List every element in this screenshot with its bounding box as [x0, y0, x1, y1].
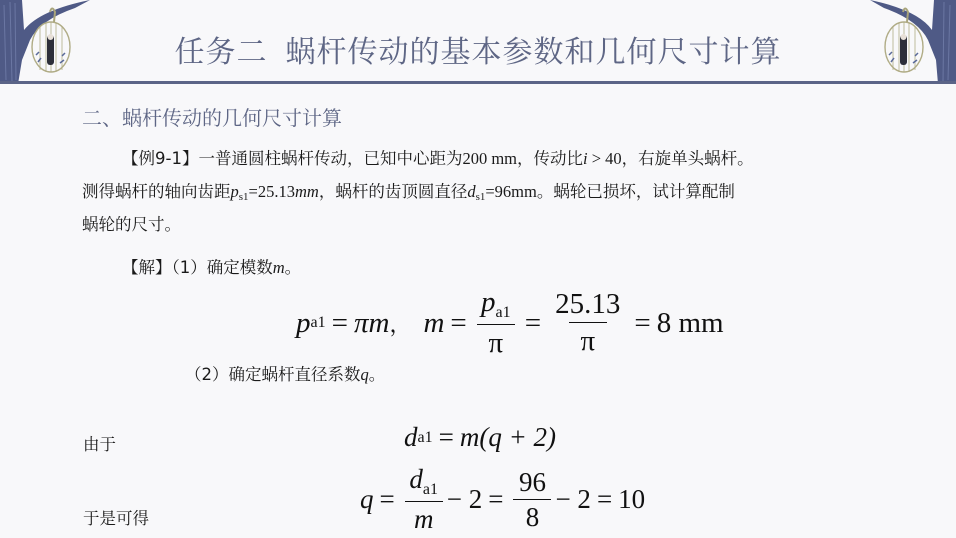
math-op: =	[634, 307, 650, 340]
denominator: π	[477, 324, 515, 358]
text: （2）确定蜗杆直径系数	[185, 365, 361, 384]
solution-tag: 【解】	[122, 258, 172, 277]
math-var: p	[481, 286, 496, 318]
math-op: =	[380, 484, 395, 515]
text: ，蜗杆的齿顶圆直径	[319, 182, 468, 201]
math-comma: ，	[389, 308, 411, 339]
text: （1）确定模数	[172, 258, 273, 277]
math-sub: a1	[495, 304, 510, 321]
math-term: − 2	[555, 484, 590, 515]
text: 一普通圆柱蜗杆传动，已知中心距为	[198, 149, 462, 168]
numerator: da1	[405, 466, 443, 501]
denominator: m	[405, 501, 443, 533]
math-sub: a1	[311, 314, 326, 332]
diameter-subscript: s1	[476, 191, 486, 203]
math-op: =	[488, 484, 503, 515]
numerator: 25.13	[551, 290, 624, 322]
center-distance-value: 200 mm	[462, 149, 517, 168]
fraction: 96 8	[513, 469, 551, 531]
math-op: =	[439, 422, 454, 453]
solution-step-1: 【解】（1）确定模数m。	[122, 254, 301, 278]
denominator: π	[569, 322, 607, 356]
math-var: m	[460, 422, 480, 453]
pitch-value: =25.13	[249, 182, 295, 201]
pitch-variable: p	[231, 182, 239, 201]
solution-step-2: （2）确定蜗杆直径系数q。	[185, 361, 385, 385]
math-term: (q + 2)	[479, 422, 556, 453]
math-op: =	[450, 307, 466, 340]
because-label: 由于	[83, 431, 116, 455]
diameter-factor-variable: q	[361, 365, 369, 384]
example-line-3: 蜗轮的尺寸。	[82, 208, 902, 241]
equation-tip-diameter: da1 = m(q + 2)	[404, 422, 556, 453]
math-term: − 2	[447, 484, 482, 515]
ratio-value: > 40	[588, 149, 622, 168]
text: 测得蜗杆的轴向齿距	[82, 182, 231, 201]
text: 。	[369, 365, 386, 384]
numerator: pa1	[477, 288, 515, 324]
slide: 任务二蜗杆传动的基本参数和几何尺寸计算 二、蜗杆传动的几何尺寸计算 【例9-1】…	[0, 0, 956, 538]
math-var: d	[409, 464, 423, 494]
fraction: pa1 π	[477, 288, 515, 358]
math-result: 10	[618, 484, 645, 515]
header-divider	[0, 81, 956, 84]
fraction: da1 m	[405, 466, 443, 533]
math-sub: a1	[418, 429, 433, 447]
math-var: m	[423, 307, 444, 340]
math-sub: a1	[423, 481, 438, 498]
fraction: 25.13 π	[551, 290, 624, 356]
title-topic: 蜗杆传动的基本参数和几何尺寸计算	[286, 35, 782, 70]
example-line-2: 测得蜗杆的轴向齿距ps1=25.13mm，蜗杆的齿顶圆直径ds1=96mm。蜗轮…	[82, 175, 902, 208]
diameter-value: =96mm	[485, 182, 536, 201]
denominator: 8	[513, 499, 551, 531]
text: ，传动比	[517, 149, 583, 168]
diameter-variable: d	[467, 182, 475, 201]
text: 。	[285, 258, 302, 277]
pitch-subscript: s1	[239, 191, 249, 203]
slide-title: 任务二蜗杆传动的基本参数和几何尺寸计算	[0, 27, 956, 71]
math-var: p	[296, 307, 311, 340]
text: 。蜗轮已损坏，试计算配制	[537, 182, 735, 201]
section-heading: 二、蜗杆传动的几何尺寸计算	[82, 102, 342, 131]
example-paragraph: 【例9-1】一普通圆柱蜗杆传动，已知中心距为200 mm，传动比i > 40，右…	[82, 142, 902, 241]
example-tag: 【例9-1】	[122, 149, 198, 168]
numerator: 96	[513, 469, 551, 499]
title-task: 任务二	[175, 35, 268, 70]
math-op: =	[597, 484, 612, 515]
module-variable: m	[273, 258, 285, 277]
equation-module: pa1 = πm ， m = pa1 π = 25.13 π = 8 mm	[296, 288, 724, 358]
math-var: d	[404, 422, 418, 453]
equation-diameter-factor: q = da1 m − 2 = 96 8 − 2 = 10	[360, 466, 645, 533]
math-op: =	[525, 307, 541, 340]
example-line-1: 【例9-1】一普通圆柱蜗杆传动，已知中心距为200 mm，传动比i > 40，右…	[82, 142, 902, 175]
math-op: =	[332, 307, 348, 340]
pitch-unit: mm	[295, 182, 319, 201]
text: ，右旋单头蜗杆。	[622, 149, 754, 168]
therefore-label: 于是可得	[83, 505, 149, 529]
math-result: 8 mm	[657, 307, 724, 340]
math-term: πm	[354, 307, 389, 340]
math-var: q	[360, 484, 374, 515]
